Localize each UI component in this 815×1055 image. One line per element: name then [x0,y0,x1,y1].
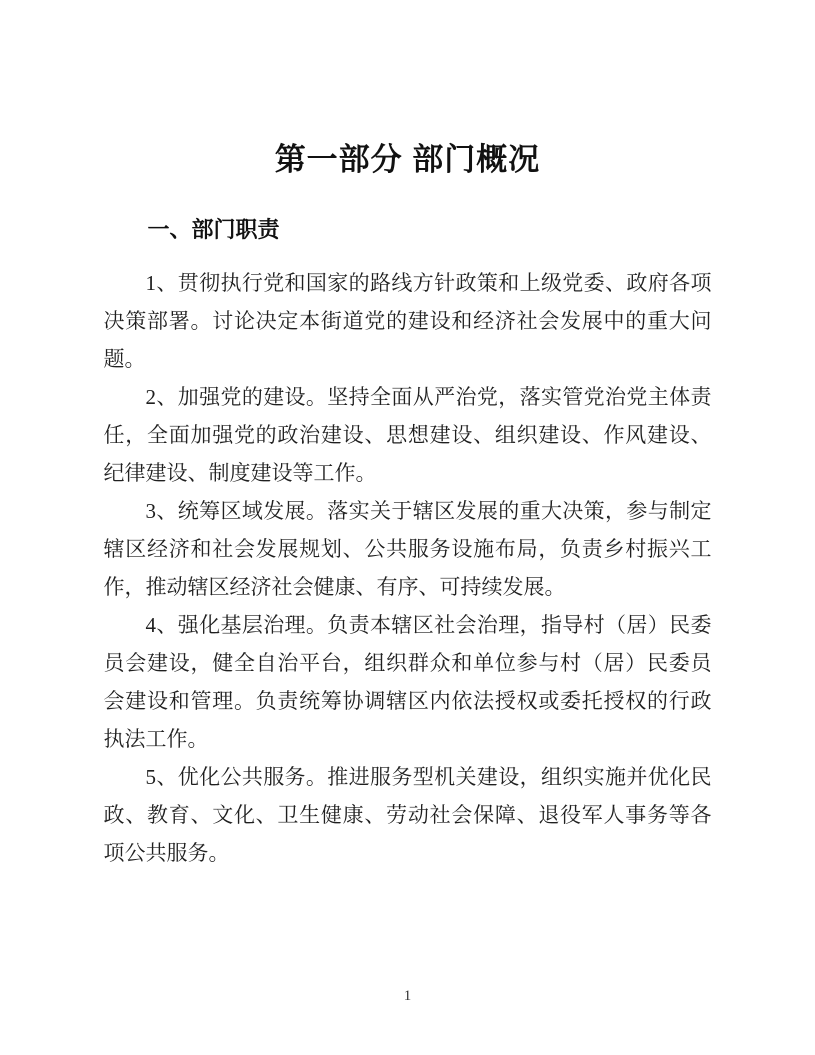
section-heading-department-duties: 一、部门职责 [104,214,712,245]
paragraph-item-3: 3、统筹区域发展。落实关于辖区发展的重大决策，参与制定辖区经济和社会发展规划、公… [104,492,712,606]
paragraph-item-4: 4、强化基层治理。负责本辖区社会治理，指导村（居）民委员会建设，健全自治平台，组… [104,606,712,758]
document-page: 第一部分 部门概况 一、部门职责 1、贯彻执行党和国家的路线方针政策和上级党委、… [0,0,815,1055]
page-number: 1 [0,986,815,1006]
document-title: 第一部分 部门概况 [0,0,815,181]
paragraph-item-1: 1、贯彻执行党和国家的路线方针政策和上级党委、政府各项决策部署。讨论决定本街道党… [104,264,712,378]
paragraph-list: 1、贯彻执行党和国家的路线方针政策和上级党委、政府各项决策部署。讨论决定本街道党… [104,264,712,872]
paragraph-item-2: 2、加强党的建设。坚持全面从严治党，落实管党治党主体责任，全面加强党的政治建设、… [104,378,712,492]
paragraph-item-5: 5、优化公共服务。推进服务型机关建设，组织实施并优化民政、教育、文化、卫生健康、… [104,758,712,872]
document-body: 一、部门职责 1、贯彻执行党和国家的路线方针政策和上级党委、政府各项决策部署。讨… [104,214,712,872]
